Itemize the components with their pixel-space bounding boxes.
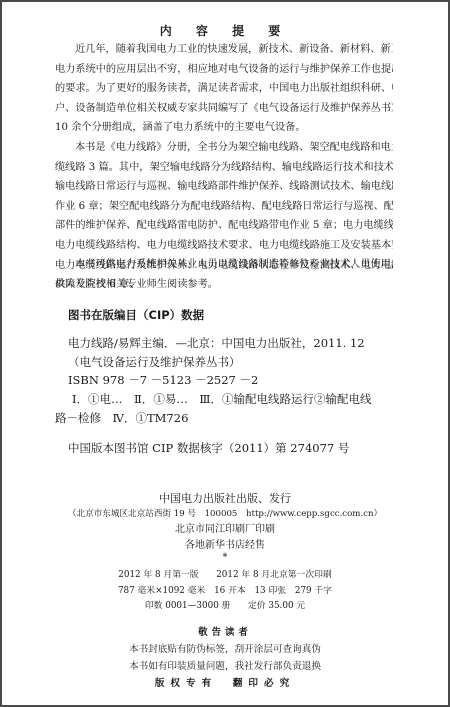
text-line: 缆线路 3 篇。其中，架空输电线路分为线路结构、输电线路运行技术和技术监督、 [55, 158, 393, 178]
cip-verification: 中国版本图书馆 CIP 数据核字（2011）第 274077 号 [68, 440, 349, 456]
text-line: 电力系统中的应用层出不穷，相应地对电气设备的运行与维护保养工作也提出了新 [55, 60, 393, 80]
separator-mark: * [2, 553, 448, 563]
cip-classification: Ⅰ．①电… Ⅱ．①易… Ⅲ．①输配电线路运行②输配电线 路－检修 Ⅳ．①TM72… [55, 390, 371, 427]
cip-record: 电力线路/易辉主编．—北京：中国电力出版社，2011. 12 （电气设备运行及维… [68, 334, 365, 390]
summary-paragraph-3: 本书可供电力系统相关从业人员以及设备制造等单位专业技术人员使用，也可 供大专院校… [55, 255, 393, 294]
publisher-address: （北京市东城区北京站西街 19 号 100005 http://www.cepp… [2, 507, 448, 523]
cip-class-line: Ⅰ．①电… Ⅱ．①易… Ⅲ．①输配电线路运行②输配电线 [55, 390, 371, 409]
text-line: 部件的维护保养、配电线路雷电防护、配电线路带电作业 5 章；电力电缆线路分为 [55, 216, 393, 236]
imprint-block: 2012 年 8 月第一版 2012 年 8 月北京第一次印刷 787 毫米×1… [2, 568, 448, 615]
notice-quality: 本书如有印装质量问题，我社发行部负责退换 [2, 658, 448, 675]
copyright-page: 内 容 提 要 近几年，随着我国电力工业的快速发展，新技术、新设备、新材料、新工… [0, 0, 450, 707]
text-line: 供大专院校相关专业师生阅读参考。 [55, 275, 393, 295]
publisher-block: 中国电力出版社出版、发行 （北京市东城区北京站西街 19 号 100005 ht… [2, 491, 448, 563]
text-line: 10 余个分册组成，涵盖了电力系统中的主要电气设备。 [55, 118, 393, 138]
format-info: 787 毫米×1092 毫米 16 开本 13 印张 279 千字 [2, 584, 448, 600]
cip-class-line: 路－检修 Ⅳ．①TM726 [55, 409, 371, 428]
text-line: 本书可供电力系统相关从业人员以及设备制造等单位专业技术人员使用，也可 [55, 255, 393, 275]
summary-title: 内 容 提 要 [2, 22, 448, 39]
cip-record-line: ISBN 978 －7 －5123 －2527 －2 [68, 371, 365, 390]
printer: 北京市同江印刷厂印刷 [2, 522, 448, 538]
text-line: 的要求。为了更好的服务读者，满足读者需求，中国电力出版社组织科研、电力用 [55, 79, 393, 99]
summary-paragraph-1: 近几年，随着我国电力工业的快速发展，新技术、新设备、新材料、新工艺在 电力系统中… [55, 40, 393, 138]
text-line: 本书是《电力线路》分册，全书分为架空输电线路、架空配电线路和电力电 [55, 138, 393, 158]
distributor: 各地新华书店经售 [2, 538, 448, 554]
cip-record-line: 电力线路/易辉主编．—北京：中国电力出版社，2011. 12 [68, 334, 365, 353]
text-line: 输电线路日常运行与巡视、输电线路部件维护保养、线路测试技术、输电线路带电 [55, 177, 393, 197]
cip-heading: 图书在版编目（CIP）数据 [68, 307, 204, 323]
print-run-price: 印数 0001—3000 册 定价 35.00 元 [2, 599, 448, 615]
notice-anticounterfeit: 本书封底贴有防伪标签，刮开涂层可查询真伪 [2, 641, 448, 658]
notice-heading: 敬告读者 [2, 624, 448, 641]
text-line: 近几年，随着我国电力工业的快速发展，新技术、新设备、新材料、新工艺在 [55, 40, 393, 60]
cip-record-line: （电气设备运行及维护保养丛书） [68, 353, 365, 372]
text-line: 作业 6 章；架空配电线路分为配电线路结构、配电线路日常运行与巡视、配电线路 [55, 197, 393, 217]
notice-block: 敬告读者 本书封底贴有防伪标签，刮开涂层可查询真伪 本书如有印装质量问题，我社发… [2, 624, 448, 692]
text-line: 电力电缆线路结构、电力电缆线路技术要求、电力电缆线路施工及安装基本要求、 [55, 236, 393, 256]
copyright-notice: 版权专有 翻印必究 [2, 675, 448, 692]
text-line: 户、设备制造单位相关权威专家共同编写了《电气设备运行及维护保养丛书》，由 [55, 99, 393, 119]
edition-info: 2012 年 8 月第一版 2012 年 8 月北京第一次印刷 [2, 568, 448, 584]
publisher-name: 中国电力出版社出版、发行 [2, 491, 448, 507]
